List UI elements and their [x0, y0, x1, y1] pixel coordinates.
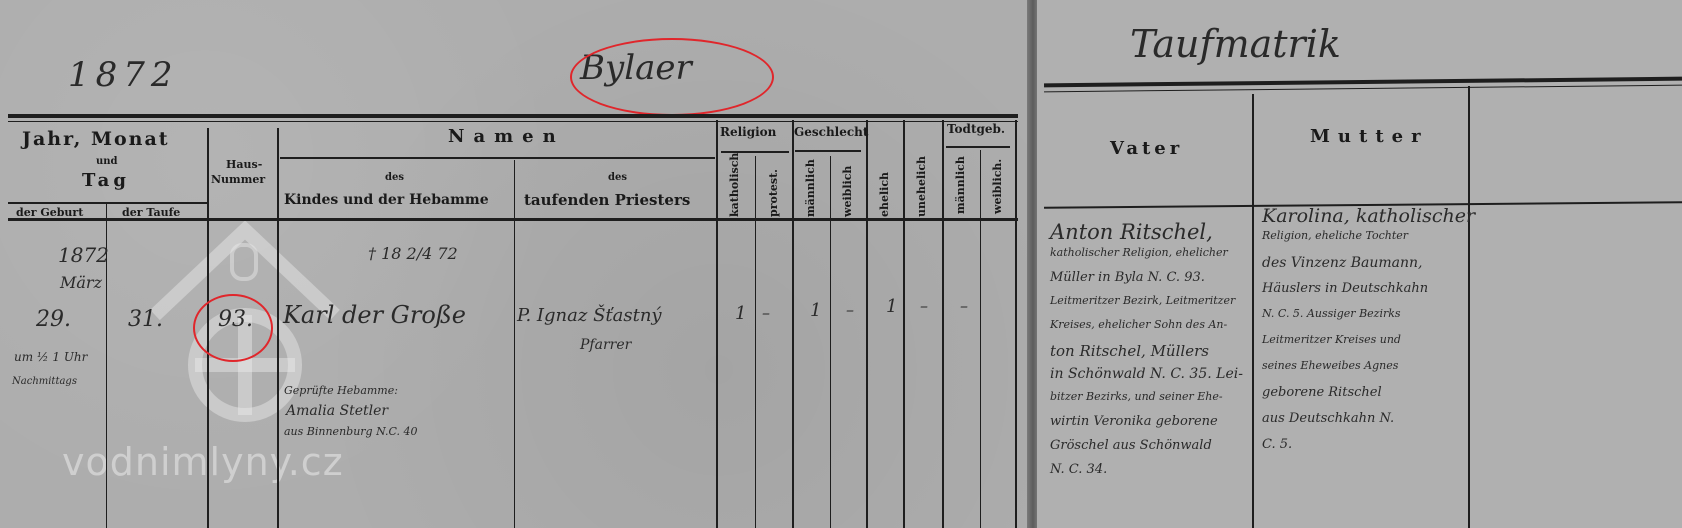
header-child-des: des [385, 172, 404, 183]
mother-entry: Karolina, katholischer Religion, ehelich… [1262, 205, 1466, 463]
col-divider [866, 120, 868, 528]
entry-female: – [846, 300, 854, 319]
names-subheader-rule [280, 157, 715, 159]
header-protestant: protest. [767, 165, 780, 217]
mother-line: seines Eheweibes Agnes [1262, 359, 1466, 385]
header-legit: ehelich [878, 170, 891, 217]
header-date-und: und [96, 156, 118, 167]
entry-birth-time-2: Nachmittags [12, 376, 77, 387]
col-divider [514, 160, 515, 528]
entry-birth-time: um ½ 1 Uhr [14, 350, 87, 364]
col-divider [716, 120, 718, 528]
entry-death-note: † 18 2/4 72 [368, 244, 458, 263]
entry-midwife-name: Amalia Stetler [286, 403, 388, 419]
header-house-number-2: Nummer [211, 173, 265, 186]
header-house-number-1: Haus- [226, 158, 262, 171]
header-religion: Religion [720, 125, 776, 139]
year-heading: 1872 [68, 55, 179, 95]
col-divider [792, 120, 794, 528]
date-subheader-rule [8, 202, 208, 204]
father-line: Gröschel aus Schönwald [1050, 438, 1248, 462]
col-divider [980, 150, 981, 528]
header-priest-col: taufenden Priesters [524, 191, 690, 209]
entry-midwife-address: aus Binnenburg N.C. 40 [284, 425, 418, 438]
mother-line: Karolina, katholischer [1262, 205, 1466, 227]
header-stillborn-male: männlich [954, 152, 967, 214]
col-divider-mother-right [1468, 86, 1470, 528]
entry-male: 1 [810, 300, 821, 321]
mother-line: C. 5. [1262, 437, 1466, 463]
register-title: Taufmatrik [1130, 22, 1341, 66]
mother-line: Leitmeritzer Kreises und [1262, 333, 1466, 359]
header-mother: Mutter [1310, 126, 1429, 147]
entry-stillborn-male: – [960, 296, 968, 315]
entry-birth-year: 1872 [58, 243, 109, 267]
header-father: Vater [1110, 138, 1183, 159]
mother-line: N. C. 5. Aussiger Bezirks [1262, 307, 1466, 333]
father-line: katholischer Religion, ehelicher [1050, 246, 1248, 270]
sex-subheader-rule [795, 150, 861, 152]
header-baptism: der Taufe [122, 206, 180, 219]
header-names-group: Namen [448, 126, 565, 147]
header-female: weiblich [841, 157, 854, 217]
mother-line: geborene Ritschel [1262, 385, 1466, 411]
parish-highlight-circle [570, 38, 774, 116]
father-line: Anton Ritschel, [1050, 220, 1248, 244]
father-line: N. C. 34. [1050, 462, 1248, 486]
header-catholic: katholisch [728, 157, 741, 217]
entry-child-name: Karl der Große [283, 301, 466, 329]
mother-line: Häuslers in Deutschkahn [1262, 281, 1466, 307]
header-child-col: Kindes und der Hebamme [284, 192, 489, 208]
col-divider [942, 120, 944, 528]
mother-line: Religion, eheliche Tochter [1262, 229, 1466, 255]
father-line: Kreises, ehelicher Sohn des An- [1050, 318, 1248, 342]
entry-priest-name: P. Ignaz Šťastný [517, 305, 662, 326]
father-line: bitzer Bezirks, und seiner Ehe- [1050, 390, 1248, 414]
entry-baptism-day: 31. [128, 307, 163, 332]
col-divider [755, 156, 756, 528]
col-divider [830, 156, 831, 528]
col-divider-father-mother [1252, 94, 1254, 528]
header-male: männlich [804, 157, 817, 217]
father-line: Müller in Byla N. C. 93. [1050, 270, 1248, 294]
entry-protestant: – [762, 303, 770, 322]
col-divider [277, 128, 279, 528]
father-entry: Anton Ritschel, katholischer Religion, e… [1050, 220, 1248, 486]
col-divider [1015, 120, 1017, 528]
house-number-highlight-circle [193, 294, 273, 362]
father-line: in Schönwald N. C. 35. Lei- [1050, 366, 1248, 390]
entry-illegit: – [920, 296, 928, 315]
watermark-text: vodnimlyny.cz [62, 440, 344, 484]
stillborn-subheader-rule [946, 146, 1010, 148]
entry-catholic: 1 [735, 303, 746, 324]
entry-priest-title: Pfarrer [580, 337, 631, 353]
col-divider [903, 120, 905, 528]
table-top-rule [8, 114, 1018, 118]
father-line: ton Ritschel, Müllers [1050, 342, 1248, 366]
mother-line: aus Deutschkahn N. [1262, 411, 1466, 437]
father-line: wirtin Veronika geborene [1050, 414, 1248, 438]
entry-legit: 1 [886, 296, 897, 317]
father-line: Leitmeritzer Bezirk, Leitmeritzer [1050, 294, 1248, 318]
header-priest-des: des [608, 172, 627, 183]
entry-midwife-label: Geprüfte Hebamme: [284, 384, 398, 397]
header-date-tag: Tag [82, 170, 130, 191]
header-birth: der Geburt [16, 206, 83, 219]
entry-birth-month: März [60, 273, 102, 292]
mother-line: des Vinzenz Baumann, [1262, 255, 1466, 281]
header-sex: Geschlecht [794, 125, 868, 139]
header-stillborn: Todtgeb. [947, 122, 1005, 136]
header-stillborn-female: weiblich. [991, 152, 1004, 214]
header-date-group: Jahr, Monat [22, 128, 170, 150]
header-illegit: unehelich [915, 155, 928, 217]
entry-birth-day: 29. [36, 307, 71, 332]
